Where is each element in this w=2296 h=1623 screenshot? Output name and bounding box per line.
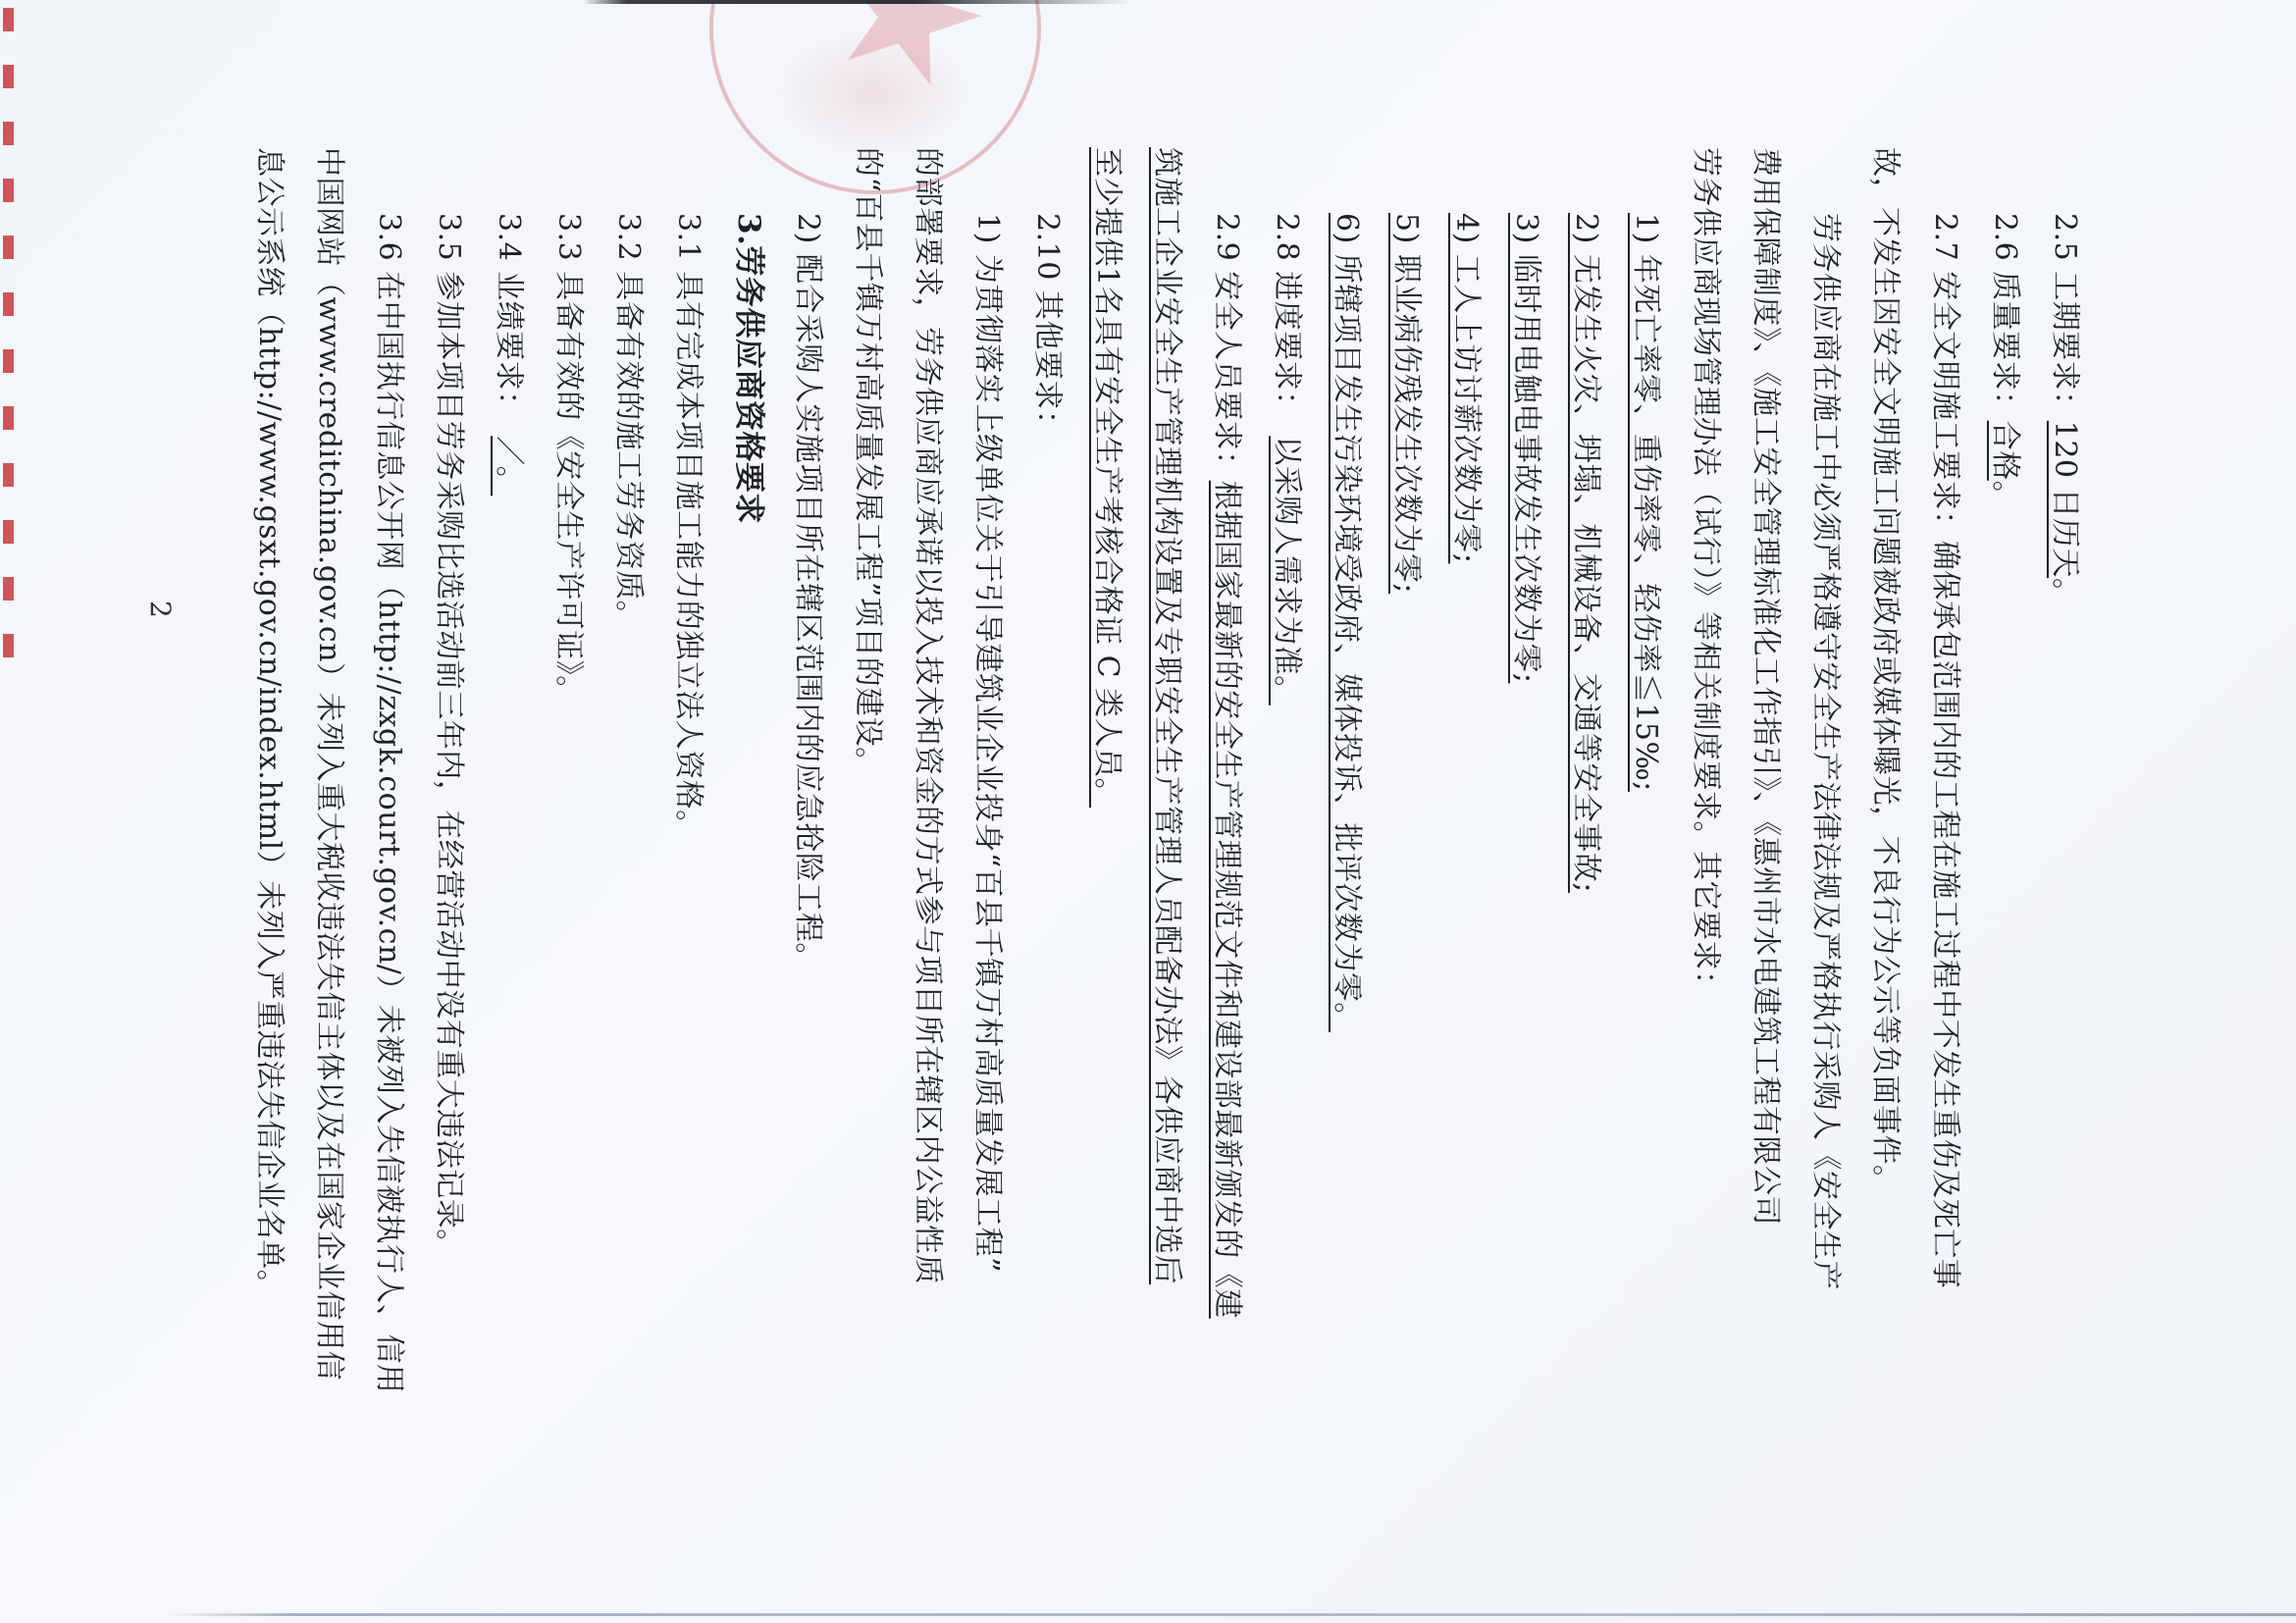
doc-line: 息公示系统（http://www.gsxt.gov.cn/index.html）… xyxy=(239,147,299,1305)
text: 。 xyxy=(1988,481,2022,511)
doc-line: 2.10 其他要求： xyxy=(1018,147,1077,1305)
underlined-text: 根据国家最新的安全生产管理规范文件和建设部最新颁发的《建 xyxy=(1210,481,1244,1319)
document-sheet: 2.5 工期要求：120 日历天。2.6 质量要求：合格。2.7 安全文明施工要… xyxy=(0,0,2296,1623)
text: 2) 配合采购人实施项目所在辖区范围内的应急抢险工程。 xyxy=(791,213,825,972)
page-edge-shadow xyxy=(165,1613,2296,1616)
doc-line: 2.6 质量要求：合格。 xyxy=(1975,147,2035,1305)
doc-line: 至少提供1名具有安全生产考核合格证 C 类人员。 xyxy=(1077,147,1137,1305)
doc-line: 3.5 参加本项目劳务采购比选活动前三年内，在经营活动中没有重大违法记录。 xyxy=(419,147,479,1305)
underlined-text: 5) 职业病伤残发生次数为零; xyxy=(1389,213,1424,594)
doc-line: 3.1 具有完成本项目施工能力的独立法人资格。 xyxy=(658,147,718,1305)
text: 2.9 安全人员要求： xyxy=(1210,213,1244,481)
text: 3.3 具备有效的《安全生产许可证》。 xyxy=(551,213,586,706)
page-number: 2 xyxy=(143,601,177,618)
doc-line: 3.4 业绩要求： ／。 xyxy=(479,147,539,1305)
text: 3.2 具备有效的施工劳务资质。 xyxy=(611,213,646,630)
text: 3.4 业绩要求： xyxy=(492,213,526,436)
text: 2.5 工期要求： xyxy=(2048,213,2082,421)
text: 3.6 在中国执行信息公开网（http://zxgk.court.gov.cn/… xyxy=(372,213,406,1393)
doc-line: 5) 职业病伤残发生次数为零; xyxy=(1377,147,1436,1305)
scanned-document-page: 2.5 工期要求：120 日历天。2.6 质量要求：合格。2.7 安全文明施工要… xyxy=(0,0,2296,1623)
doc-line: 2.7 安全文明施工要求：确保承包范围内的工程在施工过程中不发生重伤及死亡事 xyxy=(1915,147,1975,1305)
underlined-text: 2) 无发生火灾、坍塌、机械设备、交通等安全事故; xyxy=(1569,213,1603,893)
text: 的部署要求，劳务供应商应承诺以投入技术和资金的方式参与项目所在辖区内公益性质 xyxy=(911,147,945,1284)
doc-line: 2) 无发生火灾、坍塌、机械设备、交通等安全事故; xyxy=(1556,147,1616,1305)
text: 。 xyxy=(2048,578,2082,608)
scan-edge-line-top xyxy=(583,0,1132,4)
doc-line: 6) 所辖项目发生污染环境受政府、媒体投诉、批评次数为零。 xyxy=(1317,147,1377,1305)
text: 中国网站（www.creditchina.gov.cn）未列入重大税收违法失信主… xyxy=(312,147,346,1381)
doc-line: 筑施工企业安全生产管理机构设置及专职安全生产管理人员配备办法》各供应商中选后 xyxy=(1137,147,1197,1305)
underlined-text: 至少提供1名具有安全生产考核合格证 C 类人员。 xyxy=(1090,147,1124,808)
scan-red-edge-marks xyxy=(3,8,14,679)
underlined-text: 4) 工人上访讨薪次数为零; xyxy=(1449,213,1484,563)
underlined-text: ／。 xyxy=(492,436,526,496)
underlined-text: 以采购人需求为准。 xyxy=(1270,436,1304,706)
underlined-text: 1) 年死亡率零、重伤率零、轻伤率≦15‰; xyxy=(1629,213,1663,792)
doc-line: 2) 配合采购人实施项目所在辖区范围内的应急抢险工程。 xyxy=(778,147,838,1305)
text: 劳务供应商现场管理办法（试行）》等相关制度要求。其它要求： xyxy=(1689,147,1723,1001)
doc-line: 的“百县千镇万村高质量发展工程”项目的建设。 xyxy=(838,147,898,1305)
text: 2.7 安全文明施工要求：确保承包范围内的工程在施工过程中不发生重伤及死亡事 xyxy=(1928,213,1962,1288)
doc-line: 故，不发生因安全文明施工问题被政府或媒体曝光，不良行为公示等负面事件。 xyxy=(1855,147,1915,1305)
doc-line: 4) 工人上访讨薪次数为零; xyxy=(1436,147,1496,1305)
doc-line: 3.6 在中国执行信息公开网（http://zxgk.court.gov.cn/… xyxy=(359,147,419,1305)
text: 息公示系统（http://www.gsxt.gov.cn/index.html）… xyxy=(252,147,287,1299)
doc-line: 2.5 工期要求：120 日历天。 xyxy=(2035,147,2095,1305)
doc-line: 3.劳务供应商资格要求 xyxy=(718,147,778,1305)
text: 3.劳务供应商资格要求 xyxy=(731,213,766,524)
doc-line: 1) 年死亡率零、重伤率零、轻伤率≦15‰; xyxy=(1616,147,1676,1305)
text: 3.1 具有完成本项目施工能力的独立法人资格。 xyxy=(671,213,705,840)
doc-line: 3.2 具备有效的施工劳务资质。 xyxy=(599,147,658,1305)
text: 劳务供应商在施工中必须严格遵守安全生产法律法规及严格执行采购人《安全生产 xyxy=(1808,213,1843,1290)
text: 1) 为贯彻落实上级单位关于引导建筑业企业投身“百县千镇万村高质量发展工程” xyxy=(970,213,1005,1273)
underlined-text: 6) 所辖项目发生污染环境受政府、媒体投诉、批评次数为零。 xyxy=(1330,213,1364,1032)
underlined-text: 筑施工企业安全生产管理机构设置及专职安全生产管理人员配备办法》各供应商中选后 xyxy=(1150,147,1184,1284)
doc-line: 劳务供应商现场管理办法（试行）》等相关制度要求。其它要求： xyxy=(1676,147,1736,1305)
doc-line: 的部署要求，劳务供应商应承诺以投入技术和资金的方式参与项目所在辖区内公益性质 xyxy=(898,147,958,1305)
doc-line: 劳务供应商在施工中必须严格遵守安全生产法律法规及严格执行采购人《安全生产 xyxy=(1796,147,1855,1305)
underlined-text: 120 日历天 xyxy=(2048,421,2082,578)
text: 故，不发生因安全文明施工问题被政府或媒体曝光，不良行为公示等负面事件。 xyxy=(1868,147,1903,1195)
text: 费用保障制度》、《施工安全管理标准化工作指引》、《惠州市水电建筑工程有限公司 xyxy=(1748,147,1783,1226)
doc-line: 2.8 进度要求： 以采购人需求为准。 xyxy=(1257,147,1317,1305)
doc-line: 1) 为贯彻落实上级单位关于引导建筑业企业投身“百县千镇万村高质量发展工程” xyxy=(958,147,1018,1305)
document-lines: 2.5 工期要求：120 日历天。2.6 质量要求：合格。2.7 安全文明施工要… xyxy=(239,147,2095,1305)
text: 3.5 参加本项目劳务采购比选活动前三年内，在经营活动中没有重大违法记录。 xyxy=(432,213,466,1259)
text: 的“百县千镇万村高质量发展工程”项目的建设。 xyxy=(851,147,885,777)
underlined-text: 合格 xyxy=(1988,421,2022,481)
text: 2.8 进度要求： xyxy=(1270,213,1304,436)
underlined-text: 3) 临时用电触电事故发生次数为零; xyxy=(1509,213,1543,683)
doc-line: 3.3 具备有效的《安全生产许可证》。 xyxy=(539,147,599,1305)
doc-line: 3) 临时用电触电事故发生次数为零; xyxy=(1496,147,1556,1305)
text: 2.6 质量要求： xyxy=(1988,213,2022,421)
doc-line: 中国网站（www.creditchina.gov.cn）未列入重大税收违法失信主… xyxy=(299,147,359,1305)
text: 2.10 其他要求： xyxy=(1030,213,1065,440)
doc-line: 费用保障制度》、《施工安全管理标准化工作指引》、《惠州市水电建筑工程有限公司 xyxy=(1736,147,1796,1305)
doc-line: 2.9 安全人员要求：根据国家最新的安全生产管理规范文件和建设部最新颁发的《建 xyxy=(1197,147,1257,1305)
